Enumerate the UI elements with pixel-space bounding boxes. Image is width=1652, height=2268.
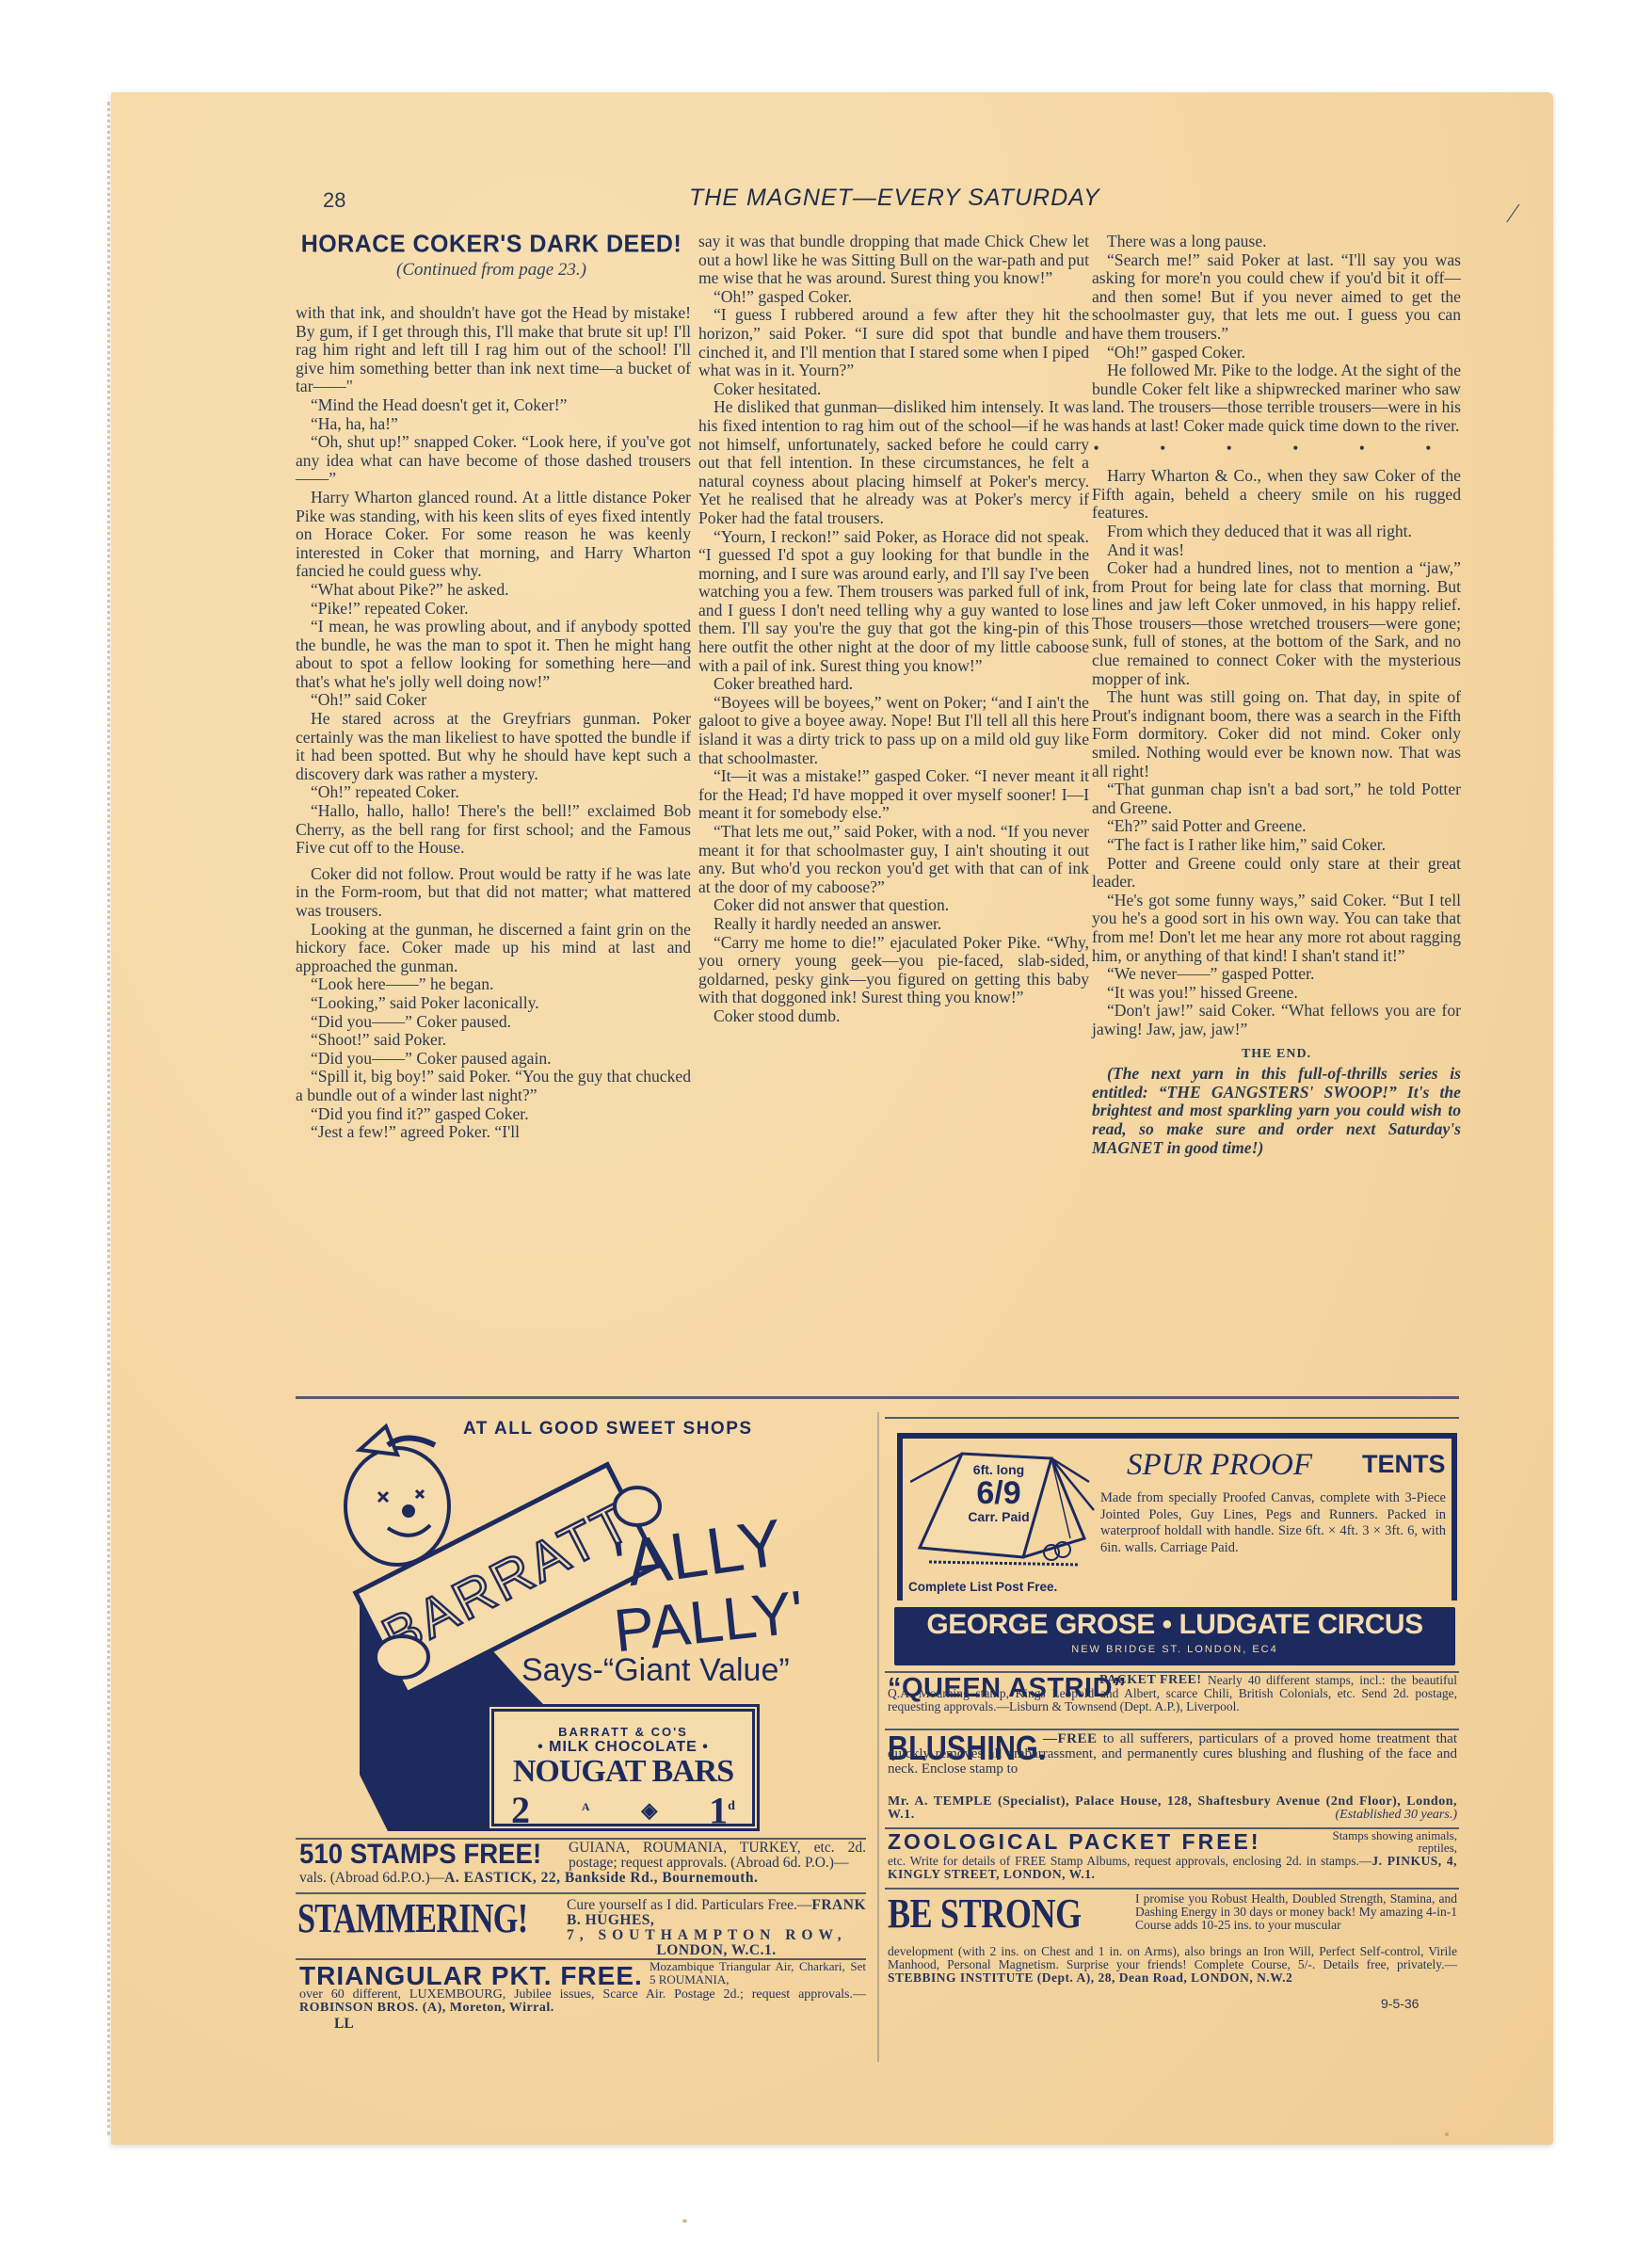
be-strong-text: development (with 2 ins. on Chest and 1 … <box>888 1944 1457 1971</box>
stammering-headline: STAMMERING! <box>297 1894 527 1942</box>
paragraph: “Search me!” said Poker at last. “I'll s… <box>1092 251 1461 344</box>
paragraph: Coker had a hundred lines, not to mentio… <box>1092 559 1461 688</box>
paper-speck <box>682 2219 687 2223</box>
giant-value-tagline: Says-“Giant Value” <box>521 1652 790 1689</box>
stamps-510-body: GUIANA, ROUMANIA, TURKEY, etc. 2d. posta… <box>569 1841 866 1871</box>
paragraph: “Oh!” said Coker <box>296 691 691 710</box>
paragraph: Looking at the gunman, he discerned a fa… <box>296 921 691 976</box>
tents-ad: 6ft. long 6/9 Carr. Paid Complete List P… <box>897 1433 1457 1600</box>
barratt-ad: BARRATT AT ALL GOOD SWEET SHOPS 'ALLY PA… <box>303 1417 868 1831</box>
paragraph: “Carry me home to die!” ejaculated Poker… <box>698 934 1089 1007</box>
paragraph: Coker hesitated. <box>698 380 1089 399</box>
nougat-bars-box: BARRATT & CO'S • MILK CHOCOLATE • NOUGAT… <box>487 1704 760 1831</box>
story-ad-divider <box>296 1396 1459 1399</box>
triangular-body: over 60 different, LUXEMBOURG, Jubilee i… <box>299 1988 866 2015</box>
paragraph: “He's got some funny ways,” said Coker. … <box>1092 892 1461 965</box>
stammering-address-3: LONDON, W.C.1. <box>567 1943 866 1958</box>
barratt-tagline: AT ALL GOOD SWEET SHOPS <box>463 1419 753 1440</box>
paragraph: “Look here——” he began. <box>296 975 691 994</box>
paragraph: with that ink, and shouldn't have got th… <box>296 304 691 396</box>
paragraph: He stared across at the Greyfriars gunma… <box>296 710 691 783</box>
blushing-lead: —FREE <box>1043 1731 1098 1746</box>
barratt-maker: BARRATT & CO'S <box>494 1725 752 1739</box>
paragraph: He followed Mr. Pike to the lodge. At th… <box>1092 362 1461 435</box>
paragraph: “Looking,” said Poker laconically. <box>296 994 691 1013</box>
george-grose-address: NEW BRIDGE ST. LONDON, EC4 <box>894 1643 1455 1656</box>
paragraph: Harry Wharton & Co., when they saw Coker… <box>1092 467 1461 523</box>
paragraph: say it was that bundle dropping that mad… <box>698 233 1089 288</box>
be-strong-side-body: I promise you Robust Health, Doubled Str… <box>1135 1892 1457 1932</box>
paragraph: “Oh!” repeated Coker. <box>296 783 691 802</box>
paragraph: “Hallo, hallo, hallo! There's the bell!”… <box>296 802 691 858</box>
stamps-510-headline: 510 STAMPS FREE! <box>299 1839 541 1871</box>
paragraph: “Mind the Head doesn't get it, Coker!” <box>296 396 691 415</box>
pencil-mark: ⁄ <box>1511 200 1516 230</box>
page-number: 28 <box>323 188 345 213</box>
paragraph: “Don't jaw!” said Coker. “What fellows y… <box>1092 1002 1461 1038</box>
george-grose-banner: GEORGE GROSE • LUDGATE CIRCUS NEW BRIDGE… <box>894 1607 1455 1665</box>
blushing-body: —FREE to all sufferers, particulars of a… <box>888 1731 1457 1777</box>
paragraph: Potter and Greene could only stare at th… <box>1092 855 1461 892</box>
paragraph: “Boyees will be boyees,” went on Poker; … <box>698 694 1089 767</box>
triangular-code: LL <box>334 2017 354 2032</box>
zoological-headline: ZOOLOGICAL PACKET FREE! <box>888 1829 1261 1855</box>
issue-date: 9-5-36 <box>1381 1996 1419 2011</box>
paragraph: “What about Pike?” he asked. <box>296 581 691 600</box>
story-column-2: say it was that bundle dropping that mad… <box>698 233 1089 1026</box>
be-strong-body: development (with 2 ins. on Chest and 1 … <box>888 1945 1457 1985</box>
tent-price-block: 6ft. long 6/9 Carr. Paid <box>952 1462 1046 1524</box>
paragraph: “Yourn, I reckon!” said Poker, as Horace… <box>698 528 1089 676</box>
tents-label: TENTS <box>1362 1450 1446 1479</box>
stamps-510-address: A. EASTICK, 22, Bankside Rd., Bournemout… <box>444 1870 758 1886</box>
paragraph: The hunt was still going on. That day, i… <box>1092 688 1461 780</box>
paragraph: “That lets me out,” said Poker, with a n… <box>698 823 1089 896</box>
paragraph: From which they deduced that it was all … <box>1092 523 1461 541</box>
price-a: A <box>582 1788 590 1826</box>
stammering-address-2: 7, SOUTHAMPTON ROW, <box>567 1927 846 1943</box>
zoological-text: etc. Write for details of FREE Stamp Alb… <box>888 1854 1371 1868</box>
stamps-510-footer: vals. (Abroad 6d.P.O.)—A. EASTICK, 22, B… <box>299 1871 866 1886</box>
ad-divider <box>885 1417 1459 1419</box>
price-quantity: 2 <box>511 1792 530 1829</box>
triangular-address: ROBINSON BROS. (A), Moreton, Wirral. <box>299 2001 554 2015</box>
paragraph: “It was you!” hissed Greene. <box>1092 984 1461 1003</box>
tent-list-note: Complete List Post Free. <box>908 1580 1057 1594</box>
deckled-edge <box>107 102 120 2135</box>
zoological-body: etc. Write for details of FREE Stamp Alb… <box>888 1855 1457 1881</box>
story-title: HORACE COKER'S DARK DEED! <box>297 230 685 258</box>
paragraph: “The fact is I rather like him,” said Co… <box>1092 836 1461 855</box>
paragraph: “Jest a few!” agreed Poker. “I'll <box>296 1123 691 1142</box>
zoological-side-body: Stamps showing animals, reptiles, <box>1332 1829 1457 1854</box>
paragraph: He disliked that gunman—disliked him int… <box>698 398 1089 527</box>
paragraph: “That gunman chap isn't a bad sort,” he … <box>1092 780 1461 817</box>
tents-body: Made from specially Proofed Canvas, comp… <box>1100 1490 1446 1556</box>
paragraph: Coker stood dumb. <box>698 1007 1089 1026</box>
paragraph: Harry Wharton glanced round. At a little… <box>296 489 691 581</box>
paragraph: “Ha, ha, ha!” <box>296 415 691 434</box>
paragraph: “It—it was a mistake!” gasped Coker. “I … <box>698 767 1089 823</box>
triangular-side-body: Mozambique Triangular Air, Charkari, Set… <box>650 1960 866 1987</box>
paragraph: Coker did not follow. Prout would be rat… <box>296 865 691 921</box>
paragraph: “Did you——” Coker paused again. <box>296 1050 691 1069</box>
diamond-logo-icon: ◈ <box>641 1792 657 1829</box>
tent-price: 6/9 <box>952 1477 1046 1509</box>
george-grose-name: GEORGE GROSE • LUDGATE CIRCUS <box>894 1607 1455 1643</box>
paragraph: “Did you find it?” gasped Coker. <box>296 1105 691 1124</box>
be-strong-address: STEBBING INSTITUTE (Dept. A), 28, Dean R… <box>888 1970 1292 1985</box>
paragraph: “Pike!” repeated Coker. <box>296 600 691 619</box>
section-break: • • • • • • <box>1092 440 1461 458</box>
next-yarn-note: (The next yarn in this full-of-thrills s… <box>1092 1065 1461 1157</box>
paragraph: “Oh, shut up!” snapped Coker. “Look here… <box>296 433 691 489</box>
paragraph: “We never——” gasped Potter. <box>1092 965 1461 984</box>
tent-carriage: Carr. Paid <box>952 1509 1046 1524</box>
paragraph: “Spill it, big boy!” said Poker. “You th… <box>296 1068 691 1104</box>
be-strong-headline: BE STRONG <box>888 1890 1082 1938</box>
paragraph: “I mean, he was prowling about, and if a… <box>296 618 691 691</box>
blushing-established: (Established 30 years.) <box>1336 1809 1457 1822</box>
paragraph: “Eh?” said Potter and Greene. <box>1092 817 1461 836</box>
queen-astrid-body: Nearly 40 different stamps, incl.: the b… <box>888 1674 1457 1713</box>
running-head: THE MAGNET—EVERY SATURDAY <box>689 185 1100 212</box>
paragraph: “I guess I rubbered around a few after t… <box>698 306 1089 379</box>
paragraph: “Oh!” gasped Coker. <box>1092 344 1461 362</box>
stammering-body: Cure yourself as I did. Particulars Free… <box>567 1898 866 1958</box>
price-each: 1 <box>709 1789 728 1831</box>
blushing-text: to all sufferers, particulars of a prove… <box>888 1731 1457 1777</box>
paragraph: “Did you——” Coker paused. <box>296 1013 691 1032</box>
paragraph: Really it hardly needed an answer. <box>698 915 1089 934</box>
blushing-address-block: Mr. A. TEMPLE (Specialist), Palace House… <box>888 1795 1457 1822</box>
paragraph: Coker did not answer that question. <box>698 896 1089 915</box>
paragraph: There was a long pause. <box>1092 233 1461 251</box>
price-unit: d <box>728 1799 735 1813</box>
continued-note: (Continued from page 23.) <box>297 260 685 281</box>
spur-proof-brand: SPUR PROOF <box>1127 1448 1312 1483</box>
paragraph: And it was! <box>1092 541 1461 560</box>
the-end: THE END. <box>1092 1045 1461 1064</box>
story-column-1: with that ink, and shouldn't have got th… <box>296 304 691 1142</box>
paragraph: “Shoot!” said Poker. <box>296 1031 691 1050</box>
stammering-text: Cure yourself as I did. Particulars Free… <box>567 1897 811 1913</box>
triangular-text: over 60 different, LUXEMBOURG, Jubilee i… <box>299 1987 866 2002</box>
paper-speck <box>1445 2132 1449 2136</box>
paragraph: “Oh!” gasped Coker. <box>698 288 1089 307</box>
paragraph: Coker breathed hard. <box>698 675 1089 694</box>
nougat-bars-label: NOUGAT BARS <box>494 1756 752 1788</box>
story-column-3: There was a long pause. “Search me!” sai… <box>1092 233 1461 1157</box>
ad-column-divider <box>877 1412 879 2062</box>
